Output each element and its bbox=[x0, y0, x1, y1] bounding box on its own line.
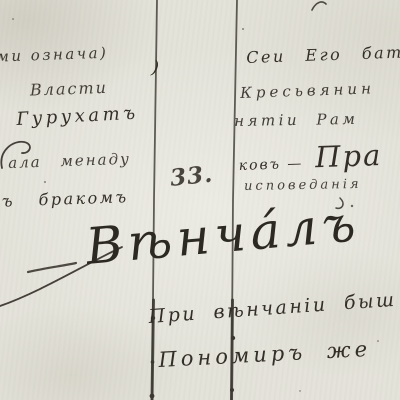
left-column-line-2: ъ Власти bbox=[0, 80, 108, 100]
right-column-line-4-flourish: Пра bbox=[315, 138, 383, 174]
right-column-line-5: исповеданія bbox=[244, 178, 362, 193]
ink-speck bbox=[242, 28, 244, 30]
left-column-line-4: ала менаду bbox=[8, 152, 131, 171]
ink-blot bbox=[231, 336, 235, 340]
register-page-scan: ими означа) ) ъ Власти Гурухатъ ала мена… bbox=[0, 0, 400, 400]
right-column-line-3: нятіи Рам bbox=[234, 112, 358, 129]
left-column-line-1: ими означа) bbox=[0, 46, 109, 65]
ink-speck bbox=[12, 18, 14, 20]
ink-speck bbox=[299, 390, 300, 391]
ink-blot bbox=[150, 394, 155, 399]
ink-blot bbox=[151, 360, 155, 364]
top-flourish-tail bbox=[312, 2, 326, 10]
ink-speck bbox=[44, 181, 46, 183]
ink-blot bbox=[230, 388, 234, 392]
signature-underline-dash bbox=[28, 263, 76, 272]
right-column-line-4: ковъ —Пра bbox=[238, 141, 383, 175]
ink-speck bbox=[377, 340, 379, 342]
right-column-line-4-start: ковъ — bbox=[238, 156, 303, 174]
entry-number: 33. bbox=[169, 163, 214, 190]
